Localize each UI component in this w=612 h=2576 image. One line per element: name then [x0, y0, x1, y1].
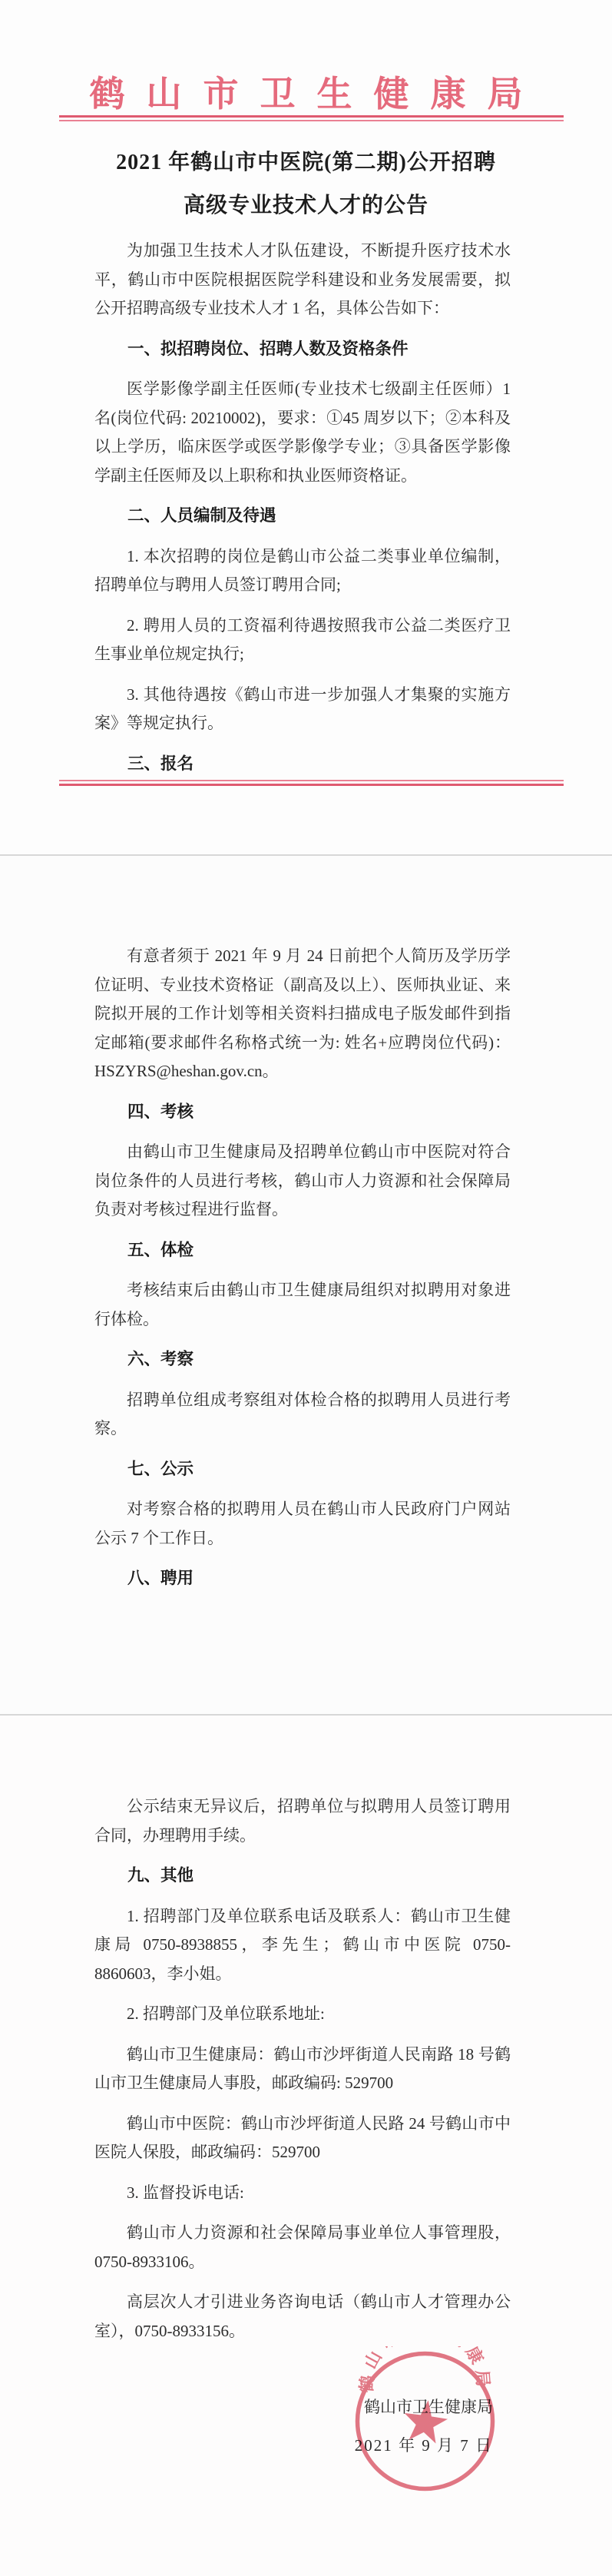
section-2-item-1: 1. 本次招聘的岗位是鹤山市公益二类事业单位编制，招聘单位与聘用人员签订聘用合同… [94, 542, 511, 600]
letterhead-separator [59, 115, 564, 121]
section-3-paragraph: 有意者须于 2021 年 9 月 24 日前把个人简历及学历学位证明、专业技术资… [94, 942, 511, 1086]
section-4-paragraph: 由鹤山市卫生健康局及招聘单位鹤山市中医院对符合岗位条件的人员进行考核，鹤山市人力… [94, 1138, 511, 1225]
page-3-body: 公示结束无异议后，招聘单位与拟聘用人员签订聘用合同，办理聘用手续。 九、其他 1… [94, 1792, 511, 2346]
section-9-item-3: 3. 监督投诉电话: [94, 2179, 511, 2208]
footer-separator-thick-line [59, 784, 564, 786]
section-9-address-tcm-hospital: 鹤山市中医院：鹤山市沙坪街道人民路 24 号鹤山市中医院人保股，邮政编码：529… [94, 2110, 511, 2167]
letterhead-separator-thin-line [59, 120, 564, 121]
section-6-paragraph: 招聘单位组成考察组对体检合格的拟聘用人员进行考察。 [94, 1386, 511, 1444]
section-9-heading: 九、其他 [94, 1862, 511, 1891]
document-title-line-1: 2021 年鹤山市中医院(第二期)公开招聘 [0, 141, 612, 184]
section-9-address-health-bureau: 鹤山市卫生健康局：鹤山市沙坪街道人民南路 18 号鹤山市卫生健康局人事股，邮政编… [94, 2041, 511, 2098]
section-7-paragraph: 对考察合格的拟聘用人员在鹤山市人民政府门户网站公示 7 个工作日。 [94, 1495, 511, 1553]
section-8-paragraph: 公示结束无异议后，招聘单位与拟聘用人员签订聘用合同，办理聘用手续。 [94, 1792, 511, 1850]
page-2-body: 有意者须于 2021 年 9 月 24 日前把个人简历及学历学位证明、专业技术资… [94, 942, 511, 1593]
section-9-supervision-phone: 鹤山市人力资源和社会保障局事业单位人事管理股，0750-8933106。 [94, 2219, 511, 2276]
signature-date: 2021 年 9 月 7 日 [0, 2426, 493, 2465]
section-4-heading: 四、考核 [94, 1098, 511, 1127]
section-9-talent-phone: 高层次人才引进业务咨询电话（鹤山市人才管理办公室），0750-8933156。 [94, 2288, 511, 2346]
section-1-paragraph: 医学影像学副主任医师(专业技术七级副主任医师）1 名(岗位代码: 2021000… [94, 375, 511, 490]
section-6-heading: 六、考察 [94, 1345, 511, 1374]
letterhead-agency-name: 鹤山市卫生健康局 [0, 75, 612, 114]
section-2-heading: 二、人员编制及待遇 [94, 502, 511, 531]
page-3: 公示结束无异议后，招聘单位与拟聘用人员签订聘用合同，办理聘用手续。 九、其他 1… [0, 1716, 612, 2576]
page-2: 有意者须于 2021 年 9 月 24 日前把个人简历及学历学位证明、专业技术资… [0, 856, 612, 1714]
footer-separator-thin-line [59, 780, 564, 781]
page-1-body: 为加强卫生技术人才队伍建设，不断提升医疗技术水平，鹤山市中医院根据医院学科建设和… [94, 237, 511, 778]
section-1-heading: 一、拟招聘岗位、招聘人数及资格条件 [94, 335, 511, 364]
section-8-heading: 八、聘用 [94, 1564, 511, 1593]
document-title-line-2: 高级专业技术人才的公告 [0, 184, 612, 227]
section-9-item-2: 2. 招聘部门及单位联系地址: [94, 2000, 511, 2029]
section-2-item-3: 3. 其他待遇按《鹤山市进一步加强人才集聚的实施方案》等规定执行。 [94, 681, 511, 738]
section-7-heading: 七、公示 [94, 1455, 511, 1484]
page-1: 鹤山市卫生健康局 2021 年鹤山市中医院(第二期)公开招聘 高级专业技术人才的… [0, 0, 612, 854]
signature-agency: 鹤山市卫生健康局 [0, 2388, 493, 2426]
intro-paragraph: 为加强卫生技术人才队伍建设，不断提升医疗技术水平，鹤山市中医院根据医院学科建设和… [94, 237, 511, 323]
signature-block: 鹤山市卫生健康局 2021 年 9 月 7 日 [0, 2388, 612, 2465]
section-5-paragraph: 考核结束后由鹤山市卫生健康局组织对拟聘用对象进行体检。 [94, 1276, 511, 1334]
section-3-heading: 三、报名 [94, 750, 511, 779]
section-2-item-2: 2. 聘用人员的工资福利待遇按照我市公益二类医疗卫生事业单位规定执行; [94, 612, 511, 669]
document: 鹤山市卫生健康局 2021 年鹤山市中医院(第二期)公开招聘 高级专业技术人才的… [0, 0, 612, 2576]
section-9-item-1: 1. 招聘部门及单位联系电话及联系人：鹤山市卫生健康局 0750-8938855… [94, 1902, 511, 1989]
letterhead-separator-thick-line [59, 115, 564, 118]
page-1-footer-separator [59, 780, 564, 786]
seal-arc-text: 鹤山市卫生健康局 [357, 2346, 494, 2394]
section-5-heading: 五、体检 [94, 1236, 511, 1265]
